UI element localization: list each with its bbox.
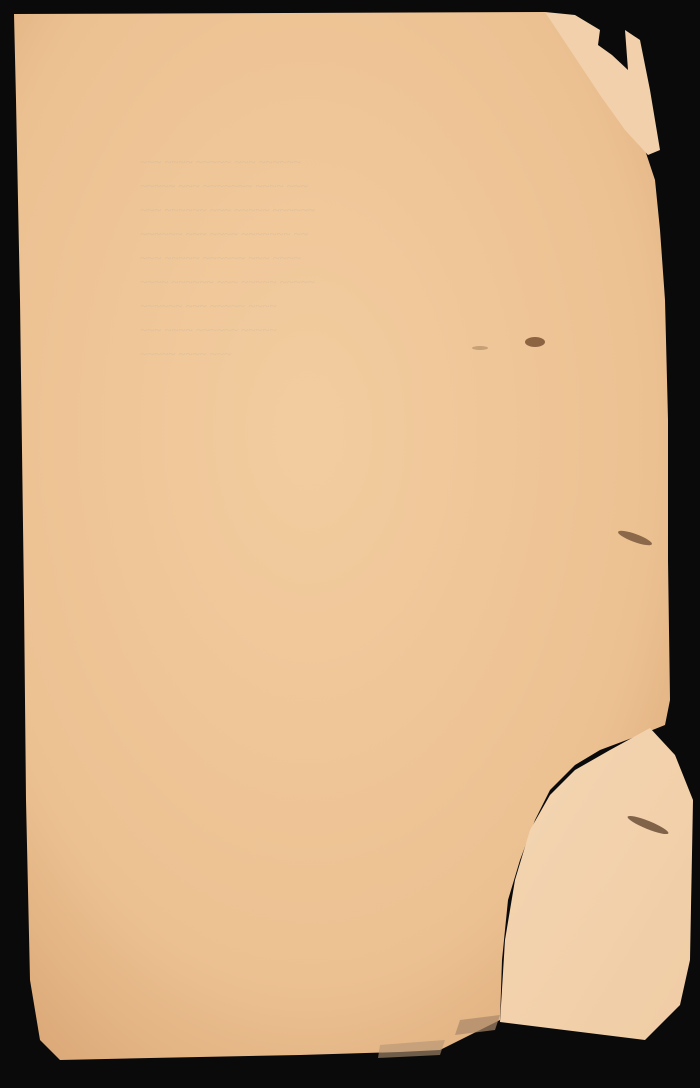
paper-sheet [0,0,700,1088]
photo-scene: ~~~ ~~~~ ~~~~~ ~~~ ~~~~~~ ~~~~~ ~~~ ~~~~… [0,0,700,1088]
